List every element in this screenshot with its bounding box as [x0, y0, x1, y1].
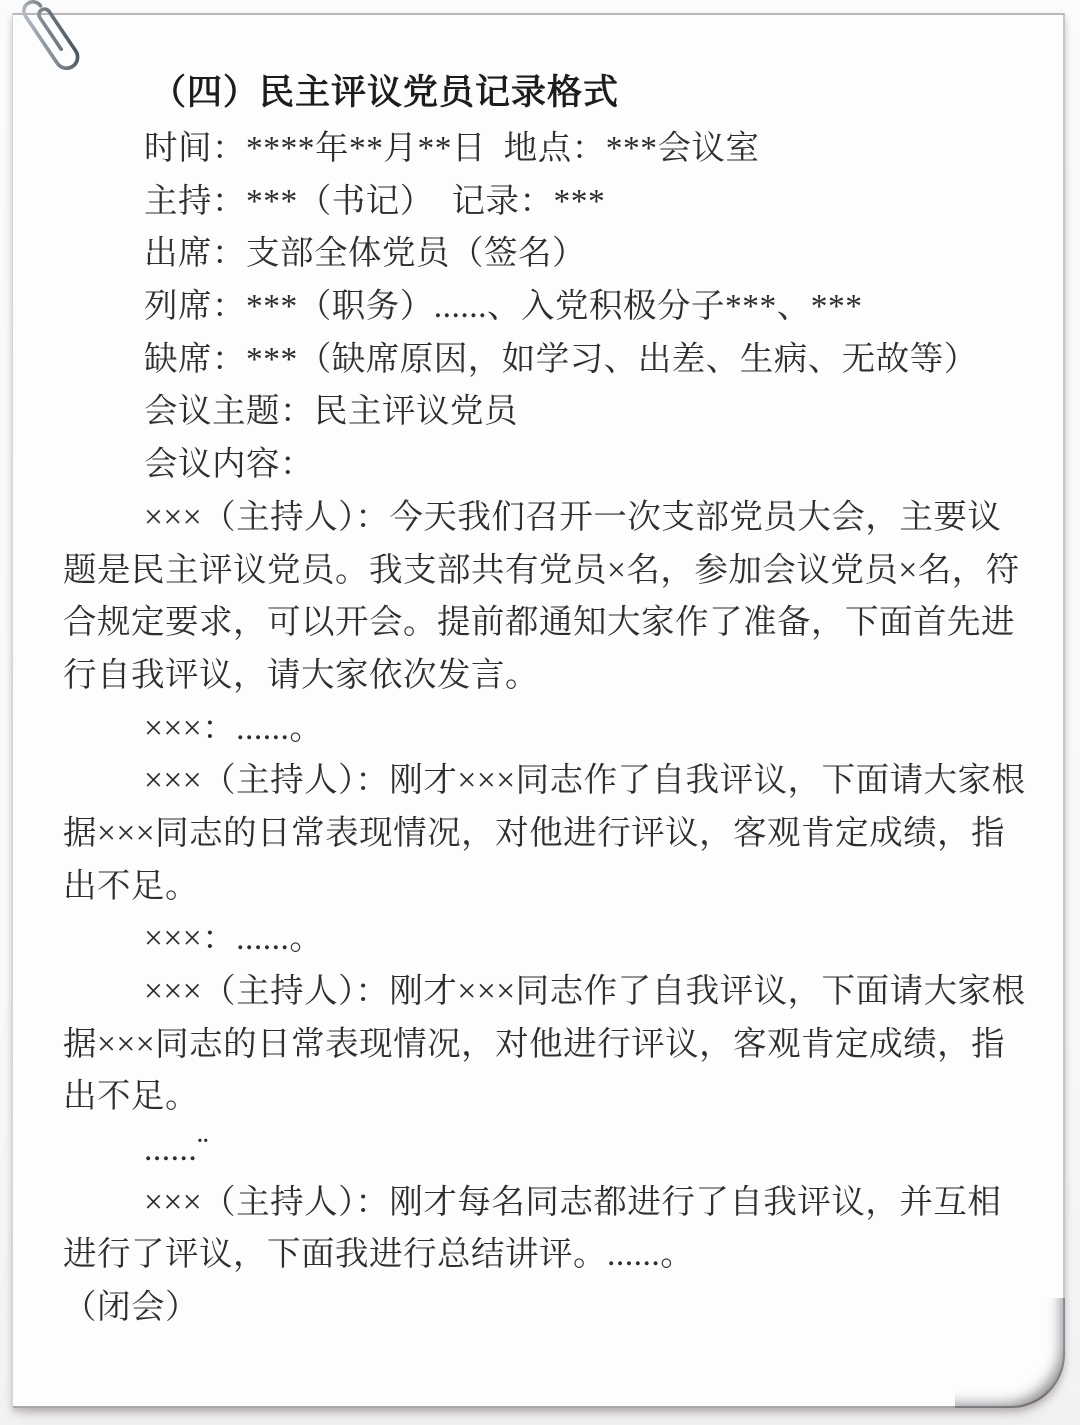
document-line: ×××：......。	[63, 913, 1043, 966]
document-line: 出不足。	[63, 861, 1043, 914]
document-line: 行自我评议，请大家依次发言。	[63, 650, 1043, 703]
document-line: 列席：***（职务）......、入党积极分子***、***	[63, 281, 1043, 334]
document-line: 据×××同志的日常表现情况，对他进行评议，客观肯定成绩，指	[63, 808, 1043, 861]
document-line: ×××（主持人）：刚才×××同志作了自我评议，下面请大家根	[63, 966, 1043, 1019]
document-line: ×××（主持人）：刚才每名同志都进行了自我评议，并互相	[63, 1177, 1043, 1230]
document-line: ......¨	[63, 1124, 1043, 1177]
document-line: 会议主题：民主评议党员	[63, 386, 1043, 439]
document-line: 主持：***（书记） 记录：***	[63, 176, 1043, 229]
document-content: （四）民主评议党员记录格式 时间：****年**月**日 地点：***会议室主持…	[63, 63, 1043, 1335]
document-title: （四）民主评议党员记录格式	[63, 63, 1043, 123]
document-line: 时间：****年**月**日 地点：***会议室	[63, 123, 1043, 176]
document-line: 题是民主评议党员。我支部共有党员×名，参加会议党员×名，符	[63, 545, 1043, 598]
document-line: 缺席：***（缺席原因，如学习、出差、生病、无故等）	[63, 334, 1043, 387]
document-line: 会议内容：	[63, 439, 1043, 492]
document-line: 据×××同志的日常表现情况，对他进行评议，客观肯定成绩，指	[63, 1019, 1043, 1072]
document-line: 出席：支部全体党员（签名）	[63, 228, 1043, 281]
document-line: ×××：......。	[63, 703, 1043, 756]
document-line: 合规定要求，可以开会。提前都通知大家作了准备，下面首先进	[63, 597, 1043, 650]
document-line: 出不足。	[63, 1071, 1043, 1124]
document-line: ×××（主持人）：刚才×××同志作了自我评议，下面请大家根	[63, 755, 1043, 808]
document-line: ×××（主持人）：今天我们召开一次支部党员大会，主要议	[63, 492, 1043, 545]
document-body: 时间：****年**月**日 地点：***会议室主持：***（书记） 记录：**…	[63, 123, 1043, 1335]
paper-sheet: （四）民主评议党员记录格式 时间：****年**月**日 地点：***会议室主持…	[12, 13, 1065, 1408]
document-line: （闭会）	[63, 1282, 1043, 1335]
document-line: 进行了评议，下面我进行总结讲评。......。	[63, 1229, 1043, 1282]
